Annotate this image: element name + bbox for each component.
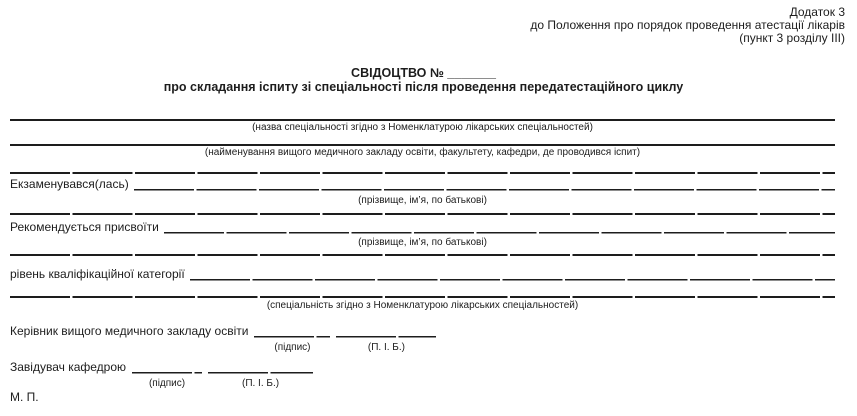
department-head-label: Завідувач кафедрою	[10, 361, 126, 374]
name-line	[336, 325, 436, 338]
examinee-blank	[134, 178, 835, 191]
examinee-label: Екзаменувався(лась)	[10, 178, 129, 191]
category-specialty-blank-line	[10, 296, 835, 298]
name-line	[208, 361, 313, 374]
examinee-caption: (прізвище, ім’я, по батькові)	[10, 195, 835, 206]
certificate-form-document: Додаток 3 до Положення про порядок прове…	[0, 0, 857, 416]
appendix-header: Додаток 3 до Положення про порядок прове…	[530, 6, 845, 45]
signature-caption: (підпис)	[274, 342, 310, 353]
signature-line	[254, 325, 330, 338]
category-row: рівень кваліфікаційної категорії	[10, 268, 835, 281]
document-title: СВІДОЦТВО № _______ про складання іспиту…	[10, 66, 837, 94]
examinee-blank-line-top	[10, 172, 835, 174]
director-name-blank: (П. І. Б.)	[336, 325, 436, 353]
recommend-label: Рекомендується присвоїти	[10, 221, 159, 234]
name-caption: (П. І. Б.)	[368, 342, 405, 353]
department-head-name-blank: (П. І. Б.)	[208, 361, 313, 389]
name-caption: (П. І. Б.)	[242, 378, 279, 389]
specialty-caption: (назва спеціальності згідно з Номенклату…	[10, 122, 835, 133]
director-signature-row: Керівник вищого медичного закладу освіти…	[10, 325, 436, 353]
appendix-section: (пункт 3 розділу III)	[530, 32, 845, 45]
signature-line	[132, 361, 202, 374]
examinee-row: Екзаменувався(лась)	[10, 178, 835, 191]
recommend-blank	[164, 221, 835, 234]
department-head-signature-blank: (підпис)	[132, 361, 202, 389]
recommend-row: Рекомендується присвоїти	[10, 221, 835, 234]
director-label: Керівник вищого медичного закладу освіти	[10, 325, 248, 338]
specialty-blank-line	[10, 119, 835, 121]
recommend-caption: (прізвище, ім’я, по батькові)	[10, 237, 835, 248]
signature-caption: (підпис)	[149, 378, 185, 389]
category-blank-line-top	[10, 254, 835, 256]
stamp-place: М. П.	[10, 391, 39, 404]
category-specialty-caption: (спеціальність згідно з Номенклатурою лі…	[10, 300, 835, 311]
category-label: рівень кваліфікаційної категорії	[10, 268, 185, 281]
department-head-signature-row: Завідувач кафедрою (підпис) (П. І. Б.)	[10, 361, 313, 389]
title-subtitle: про складання іспиту зі спеціальності пі…	[10, 80, 837, 94]
director-signature-blank: (підпис)	[254, 325, 330, 353]
category-blank	[190, 268, 835, 281]
institution-blank-line	[10, 144, 835, 146]
recommend-blank-line-top	[10, 213, 835, 215]
title-certificate-number: СВІДОЦТВО № _______	[10, 66, 837, 80]
institution-caption: (найменування вищого медичного закладу о…	[10, 147, 835, 158]
